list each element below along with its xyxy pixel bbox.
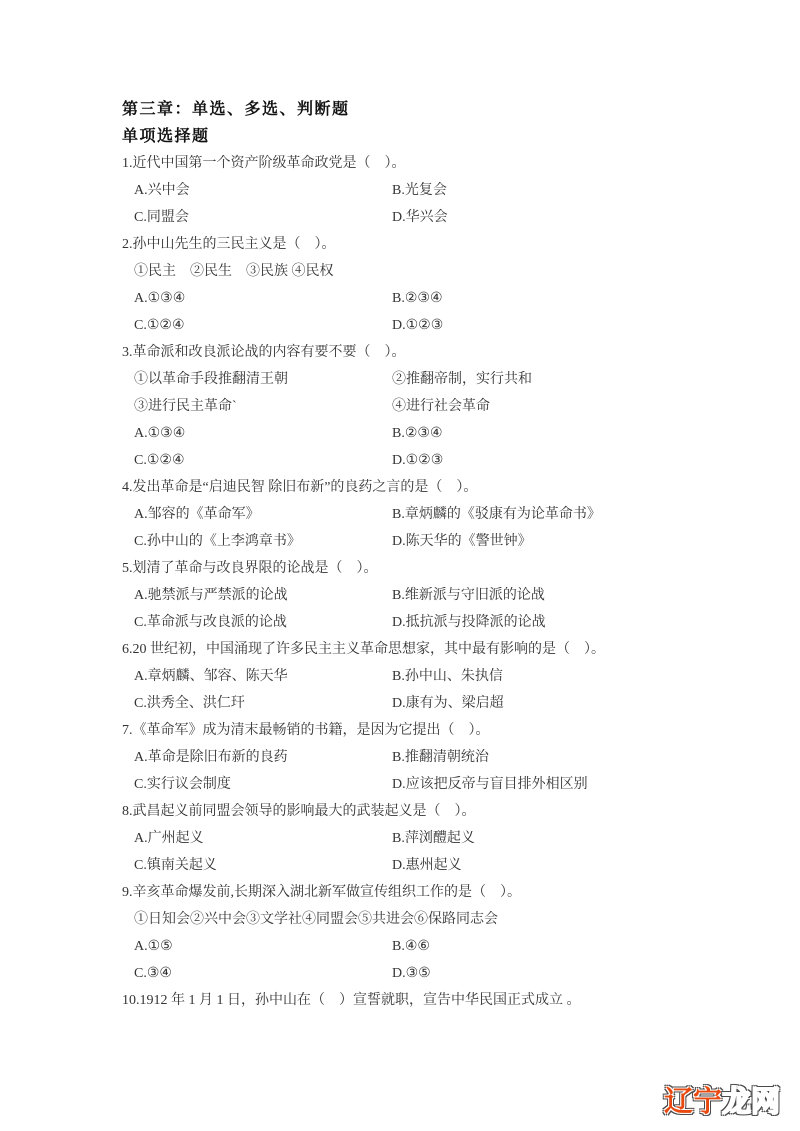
question-8-options-row-2: C.镇南关起义 D.惠州起义 xyxy=(122,852,762,879)
question-4-option-a: A.邹容的《革命军》 xyxy=(134,501,392,528)
question-3-options-row-2: C.①②④ D.①②③ xyxy=(122,447,762,474)
question-9-option-b: B.④⑥ xyxy=(392,933,762,960)
question-6-option-a: A.章炳麟、邹容、陈天华 xyxy=(134,663,392,690)
question-4: 4.发出革命是“启迪民智 除旧布新”的良药之言的是（ ）。 A.邹容的《革命军》… xyxy=(122,474,762,555)
question-4-option-c: C.孙中山的《上李鸿章书》 xyxy=(134,528,392,555)
question-5-options-row-1: A.驰禁派与严禁派的论战 B.维新派与守旧派的论战 xyxy=(122,582,762,609)
question-3-items-row-2: ③进行民主革命` ④进行社会革命 xyxy=(122,393,762,420)
question-9-option-c: C.③④ xyxy=(134,960,392,987)
question-3-options-row-1: A.①③④ B.②③④ xyxy=(122,420,762,447)
question-3-option-c: C.①②④ xyxy=(134,447,392,474)
question-3-option-d: D.①②③ xyxy=(392,447,762,474)
question-7-option-b: B.推翻清朝统治 xyxy=(392,744,762,771)
question-2-items: ①民主 ②民生 ③民族 ④民权 xyxy=(122,258,762,285)
question-2-stem: 2.孙中山先生的三民主义是（ ）。 xyxy=(122,231,762,258)
quiz-content: 第三章：单选、多选、判断题 单项选择题 1.近代中国第一个资产阶级革命政党是（ … xyxy=(122,96,762,1014)
section-heading: 单项选择题 xyxy=(122,123,762,150)
question-5-option-a: A.驰禁派与严禁派的论战 xyxy=(134,582,392,609)
question-9-stem: 9.辛亥革命爆发前,长期深入湖北新军做宣传组织工作的是（ ）。 xyxy=(122,879,762,906)
question-6-option-d: D.康有为、梁启超 xyxy=(392,690,762,717)
question-6-option-b: B.孙中山、朱执信 xyxy=(392,663,762,690)
question-7-stem: 7.《革命军》成为清末最畅销的书籍，是因为它提出（ ）。 xyxy=(122,717,762,744)
question-9-options-row-1: A.①⑤ B.④⑥ xyxy=(122,933,762,960)
question-6-option-c: C.洪秀全、洪仁玕 xyxy=(134,690,392,717)
question-7-options-row-2: C.实行议会制度 D.应该把反帝与盲目排外相区别 xyxy=(122,771,762,798)
question-4-options-row-1: A.邹容的《革命军》 B.章炳麟的《驳康有为论革命书》 xyxy=(122,501,762,528)
question-8-stem: 8.武昌起义前同盟会领导的影响最大的武装起义是（ ）。 xyxy=(122,798,762,825)
question-5-stem: 5.划清了革命与改良界限的论战是（ ）。 xyxy=(122,555,762,582)
question-4-option-b: B.章炳麟的《驳康有为论革命书》 xyxy=(392,501,762,528)
question-8-options-row-1: A.广州起义 B.萍浏醴起义 xyxy=(122,825,762,852)
question-2: 2.孙中山先生的三民主义是（ ）。 ①民主 ②民生 ③民族 ④民权 A.①③④ … xyxy=(122,231,762,339)
question-7: 7.《革命军》成为清末最畅销的书籍，是因为它提出（ ）。 A.革命是除旧布新的良… xyxy=(122,717,762,798)
question-2-option-c: C.①②④ xyxy=(134,312,392,339)
question-5-option-b: B.维新派与守旧派的论战 xyxy=(392,582,762,609)
question-1-option-b: B.光复会 xyxy=(392,177,762,204)
question-7-option-a: A.革命是除旧布新的良药 xyxy=(134,744,392,771)
question-6: 6.20 世纪初，中国涌现了许多民主主义革命思想家，其中最有影响的是（ ）。 A… xyxy=(122,636,762,717)
question-10: 10.1912 年 1 月 1 日，孙中山在（ ）宣誓就职，宣告中华民国正式成立… xyxy=(122,987,762,1014)
question-7-option-c: C.实行议会制度 xyxy=(134,771,392,798)
question-7-options-row-1: A.革命是除旧布新的良药 B.推翻清朝统治 xyxy=(122,744,762,771)
question-3-option-a: A.①③④ xyxy=(134,420,392,447)
question-1-option-d: D.华兴会 xyxy=(392,204,762,231)
watermark-text-red: 辽宁 xyxy=(664,1086,722,1118)
question-5: 5.划清了革命与改良界限的论战是（ ）。 A.驰禁派与严禁派的论战 B.维新派与… xyxy=(122,555,762,636)
question-2-option-b: B.②③④ xyxy=(392,285,762,312)
question-9: 9.辛亥革命爆发前,长期深入湖北新军做宣传组织工作的是（ ）。 ①日知会②兴中会… xyxy=(122,879,762,987)
question-6-stem: 6.20 世纪初，中国涌现了许多民主主义革命思想家，其中最有影响的是（ ）。 xyxy=(122,636,762,663)
question-4-options-row-2: C.孙中山的《上李鸿章书》 D.陈天华的《警世钟》 xyxy=(122,528,762,555)
question-3-items-row-1: ①以革命手段推翻清王朝 ②推翻帝制，实行共和 xyxy=(122,366,762,393)
question-6-options-row-1: A.章炳麟、邹容、陈天华 B.孙中山、朱执信 xyxy=(122,663,762,690)
question-2-option-d: D.①②③ xyxy=(392,312,762,339)
question-6-options-row-2: C.洪秀全、洪仁玕 D.康有为、梁启超 xyxy=(122,690,762,717)
question-2-option-a: A.①③④ xyxy=(134,285,392,312)
question-3-item-1: ①以革命手段推翻清王朝 xyxy=(134,366,392,393)
question-1-options-row-1: A.兴中会 B.光复会 xyxy=(122,177,762,204)
question-9-option-a: A.①⑤ xyxy=(134,933,392,960)
question-1-option-a: A.兴中会 xyxy=(134,177,392,204)
question-3-stem: 3.革命派和改良派论战的内容有要不要（ ）。 xyxy=(122,339,762,366)
question-2-options-row-2: C.①②④ D.①②③ xyxy=(122,312,762,339)
question-9-option-d: D.③⑤ xyxy=(392,960,762,987)
question-9-items: ①日知会②兴中会③文学社④同盟会⑤共进会⑥保路同志会 xyxy=(122,906,762,933)
question-5-option-c: C.革命派与改良派的论战 xyxy=(134,609,392,636)
question-3-item-3: ③进行民主革命` xyxy=(134,393,392,420)
question-1: 1.近代中国第一个资产阶级革命政党是（ ）。 A.兴中会 B.光复会 C.同盟会… xyxy=(122,150,762,231)
question-8-option-d: D.惠州起义 xyxy=(392,852,762,879)
question-8: 8.武昌起义前同盟会领导的影响最大的武装起义是（ ）。 A.广州起义 B.萍浏醴… xyxy=(122,798,762,879)
question-1-options-row-2: C.同盟会 D.华兴会 xyxy=(122,204,762,231)
chapter-heading: 第三章：单选、多选、判断题 xyxy=(122,96,762,123)
watermark-text-dark: 龙网 xyxy=(722,1086,780,1118)
question-4-option-d: D.陈天华的《警世钟》 xyxy=(392,528,762,555)
question-1-option-c: C.同盟会 xyxy=(134,204,392,231)
question-8-option-b: B.萍浏醴起义 xyxy=(392,825,762,852)
question-7-option-d: D.应该把反帝与盲目排外相区别 xyxy=(392,771,762,798)
question-9-options-row-2: C.③④ D.③⑤ xyxy=(122,960,762,987)
question-2-options-row-1: A.①③④ B.②③④ xyxy=(122,285,762,312)
question-8-option-a: A.广州起义 xyxy=(134,825,392,852)
question-3-item-4: ④进行社会革命 xyxy=(392,393,762,420)
site-watermark-logo: 辽宁龙网 xyxy=(664,1079,780,1120)
question-5-options-row-2: C.革命派与改良派的论战 D.抵抗派与投降派的论战 xyxy=(122,609,762,636)
question-1-stem: 1.近代中国第一个资产阶级革命政党是（ ）。 xyxy=(122,150,762,177)
question-4-stem: 4.发出革命是“启迪民智 除旧布新”的良药之言的是（ ）。 xyxy=(122,474,762,501)
question-5-option-d: D.抵抗派与投降派的论战 xyxy=(392,609,762,636)
question-10-stem: 10.1912 年 1 月 1 日，孙中山在（ ）宣誓就职，宣告中华民国正式成立… xyxy=(122,987,762,1014)
question-8-option-c: C.镇南关起义 xyxy=(134,852,392,879)
question-3-item-2: ②推翻帝制，实行共和 xyxy=(392,366,762,393)
question-3-option-b: B.②③④ xyxy=(392,420,762,447)
question-3: 3.革命派和改良派论战的内容有要不要（ ）。 ①以革命手段推翻清王朝 ②推翻帝制… xyxy=(122,339,762,474)
